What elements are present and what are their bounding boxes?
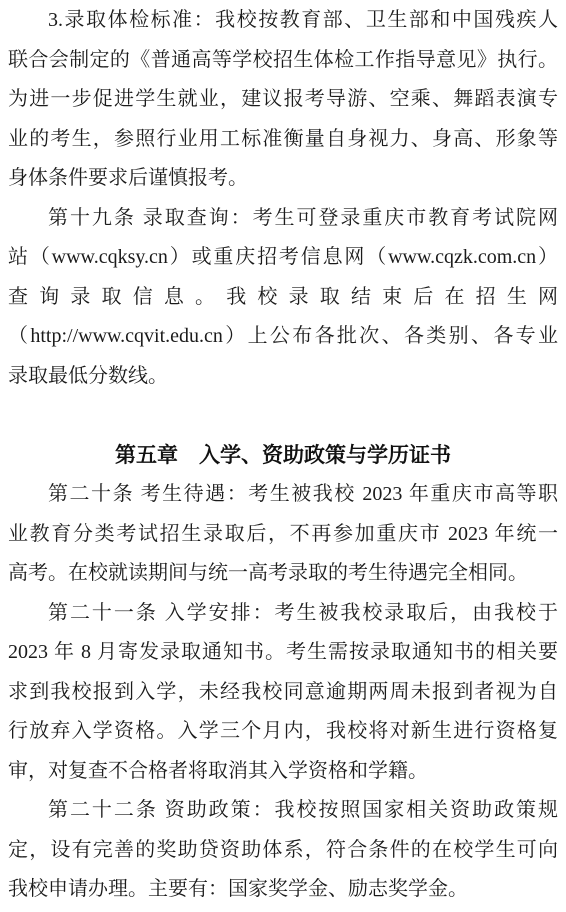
paragraph: 第二十一条 入学安排：考生被我校录取后，由我校于2023 年 8 月寄发录取通知… (8, 594, 558, 792)
text-line: 第二十二条 资助政策：我校按照国家相关资助政策规 (8, 791, 558, 831)
text-line: 2023 年 8 月寄发录取通知书。考生需按录取通知书的相关要 (8, 633, 558, 673)
text-line: 3.录取体检标准：我校按教育部、卫生部和中国残疾人 (8, 1, 558, 41)
text-line: 业的考生，参照行业用工标准衡量自身视力、身高、形象等 (8, 120, 558, 160)
text-line: 第二十条 考生待遇：考生被我校 2023 年重庆市高等职 (8, 475, 558, 515)
text-line: 行放弃入学资格。入学三个月内，我校将对新生进行资格复 (8, 712, 558, 752)
text-line: 第二十一条 入学安排：考生被我校录取后，由我校于 (8, 594, 558, 634)
text-line: 高考。在校就读期间与统一高考录取的考生待遇完全相同。 (8, 554, 558, 594)
paragraph: 第二十条 考生待遇：考生被我校 2023 年重庆市高等职业教育分类考试招生录取后… (8, 475, 558, 594)
text-line: 身体条件要求后谨慎报考。 (8, 159, 558, 199)
paragraph: 第二十二条 资助政策：我校按照国家相关资助政策规定，设有完善的奖助贷资助体系，符… (8, 791, 558, 910)
text-line: 录取最低分数线。 (8, 357, 558, 397)
text-line: （http://www.cqvit.edu.cn）上公布各批次、各类别、各专业 (8, 317, 558, 357)
text-line: 定，设有完善的奖助贷资助体系，符合条件的在校学生可向 (8, 831, 558, 871)
paragraph: 第十九条 录取查询：考生可登录重庆市教育考试院网站（www.cqksy.cn）或… (8, 199, 558, 397)
text-line: 业教育分类考试招生录取后，不再参加重庆市 2023 年统一 (8, 515, 558, 555)
text-line: 为进一步促进学生就业，建议报考导游、空乘、舞蹈表演专 (8, 80, 558, 120)
paragraph: 3.录取体检标准：我校按教育部、卫生部和中国残疾人联合会制定的《普通高等学校招生… (8, 1, 558, 199)
text-line: 第十九条 录取查询：考生可登录重庆市教育考试院网 (8, 199, 558, 239)
document-page: 3.录取体检标准：我校按教育部、卫生部和中国残疾人联合会制定的《普通高等学校招生… (0, 0, 566, 912)
chapter-heading: 第五章 入学、资助政策与学历证书 (8, 436, 558, 476)
text-line: 我校申请办理。主要有：国家奖学金、励志奖学金。 (8, 870, 558, 910)
text-line: 求到我校报到入学，未经我校同意逾期两周未报到者视为自 (8, 673, 558, 713)
text-line: 审，对复查不合格者将取消其入学资格和学籍。 (8, 752, 558, 792)
document-body: 3.录取体检标准：我校按教育部、卫生部和中国残疾人联合会制定的《普通高等学校招生… (8, 1, 558, 910)
text-line: 站（www.cqksy.cn）或重庆招考信息网（www.cqzk.com.cn） (8, 238, 558, 278)
text-line: 联合会制定的《普通高等学校招生体检工作指导意见》执行。 (8, 41, 558, 81)
text-line: 查询录取信息。我校录取结束后在招生网 (8, 278, 558, 318)
